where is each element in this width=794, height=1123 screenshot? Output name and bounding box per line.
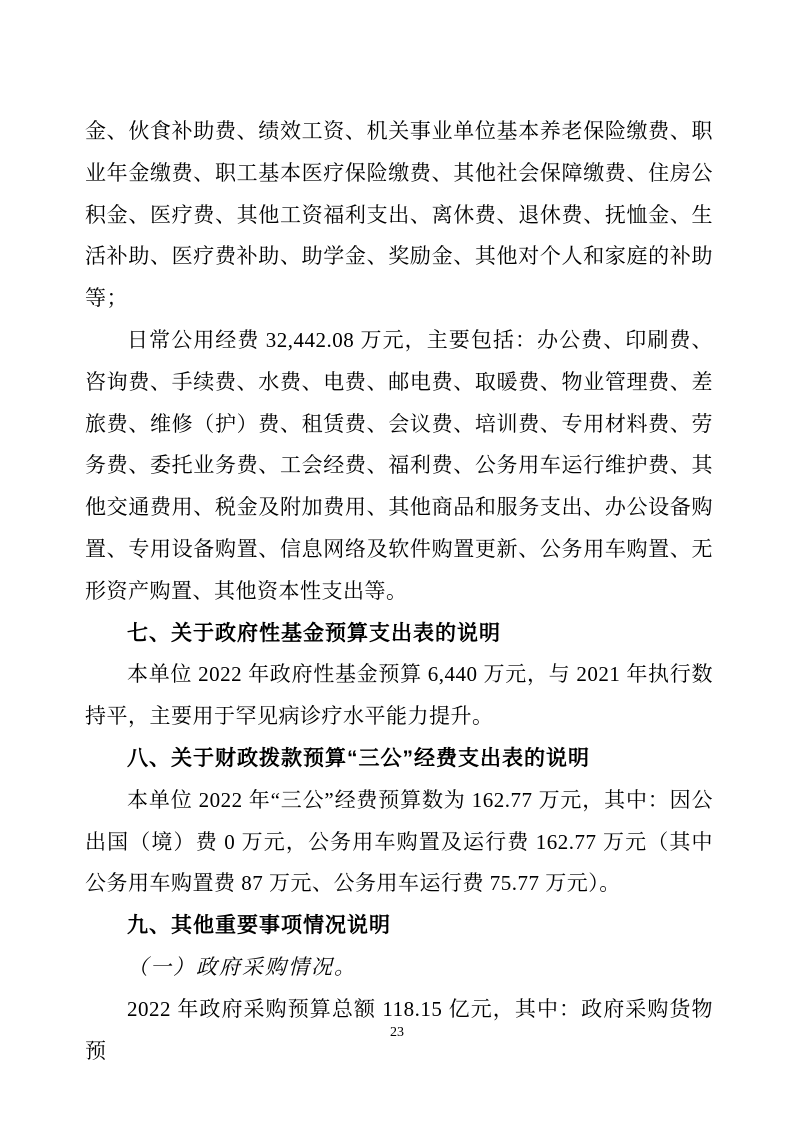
page-number: 23 — [0, 1025, 794, 1041]
document-body: 金、伙食补助费、绩效工资、机关事业单位基本养老保险缴费、职业年金缴费、职工基本医… — [85, 111, 713, 1072]
section-8-paragraph: 本单位 2022 年“三公”经费预算数为 162.77 万元，其中：因公出国（境… — [85, 780, 713, 905]
daily-public-expense-paragraph: 日常公用经费 32,442.08 万元，主要包括：办公费、印刷费、咨询费、手续费… — [85, 320, 713, 613]
section-8-heading: 八、关于财政拨款预算“三公”经费支出表的说明 — [85, 738, 713, 780]
section-7-paragraph: 本单位 2022 年政府性基金预算 6,440 万元，与 2021 年执行数持平… — [85, 654, 713, 738]
subsection-9-1-heading: （一）政府采购情况。 — [85, 947, 713, 989]
continuation-paragraph: 金、伙食补助费、绩效工资、机关事业单位基本养老保险缴费、职业年金缴费、职工基本医… — [85, 111, 713, 320]
document-page: 金、伙食补助费、绩效工资、机关事业单位基本养老保险缴费、职业年金缴费、职工基本医… — [0, 0, 794, 1123]
section-9-heading: 九、其他重要事项情况说明 — [85, 905, 713, 947]
section-7-heading: 七、关于政府性基金预算支出表的说明 — [85, 613, 713, 655]
